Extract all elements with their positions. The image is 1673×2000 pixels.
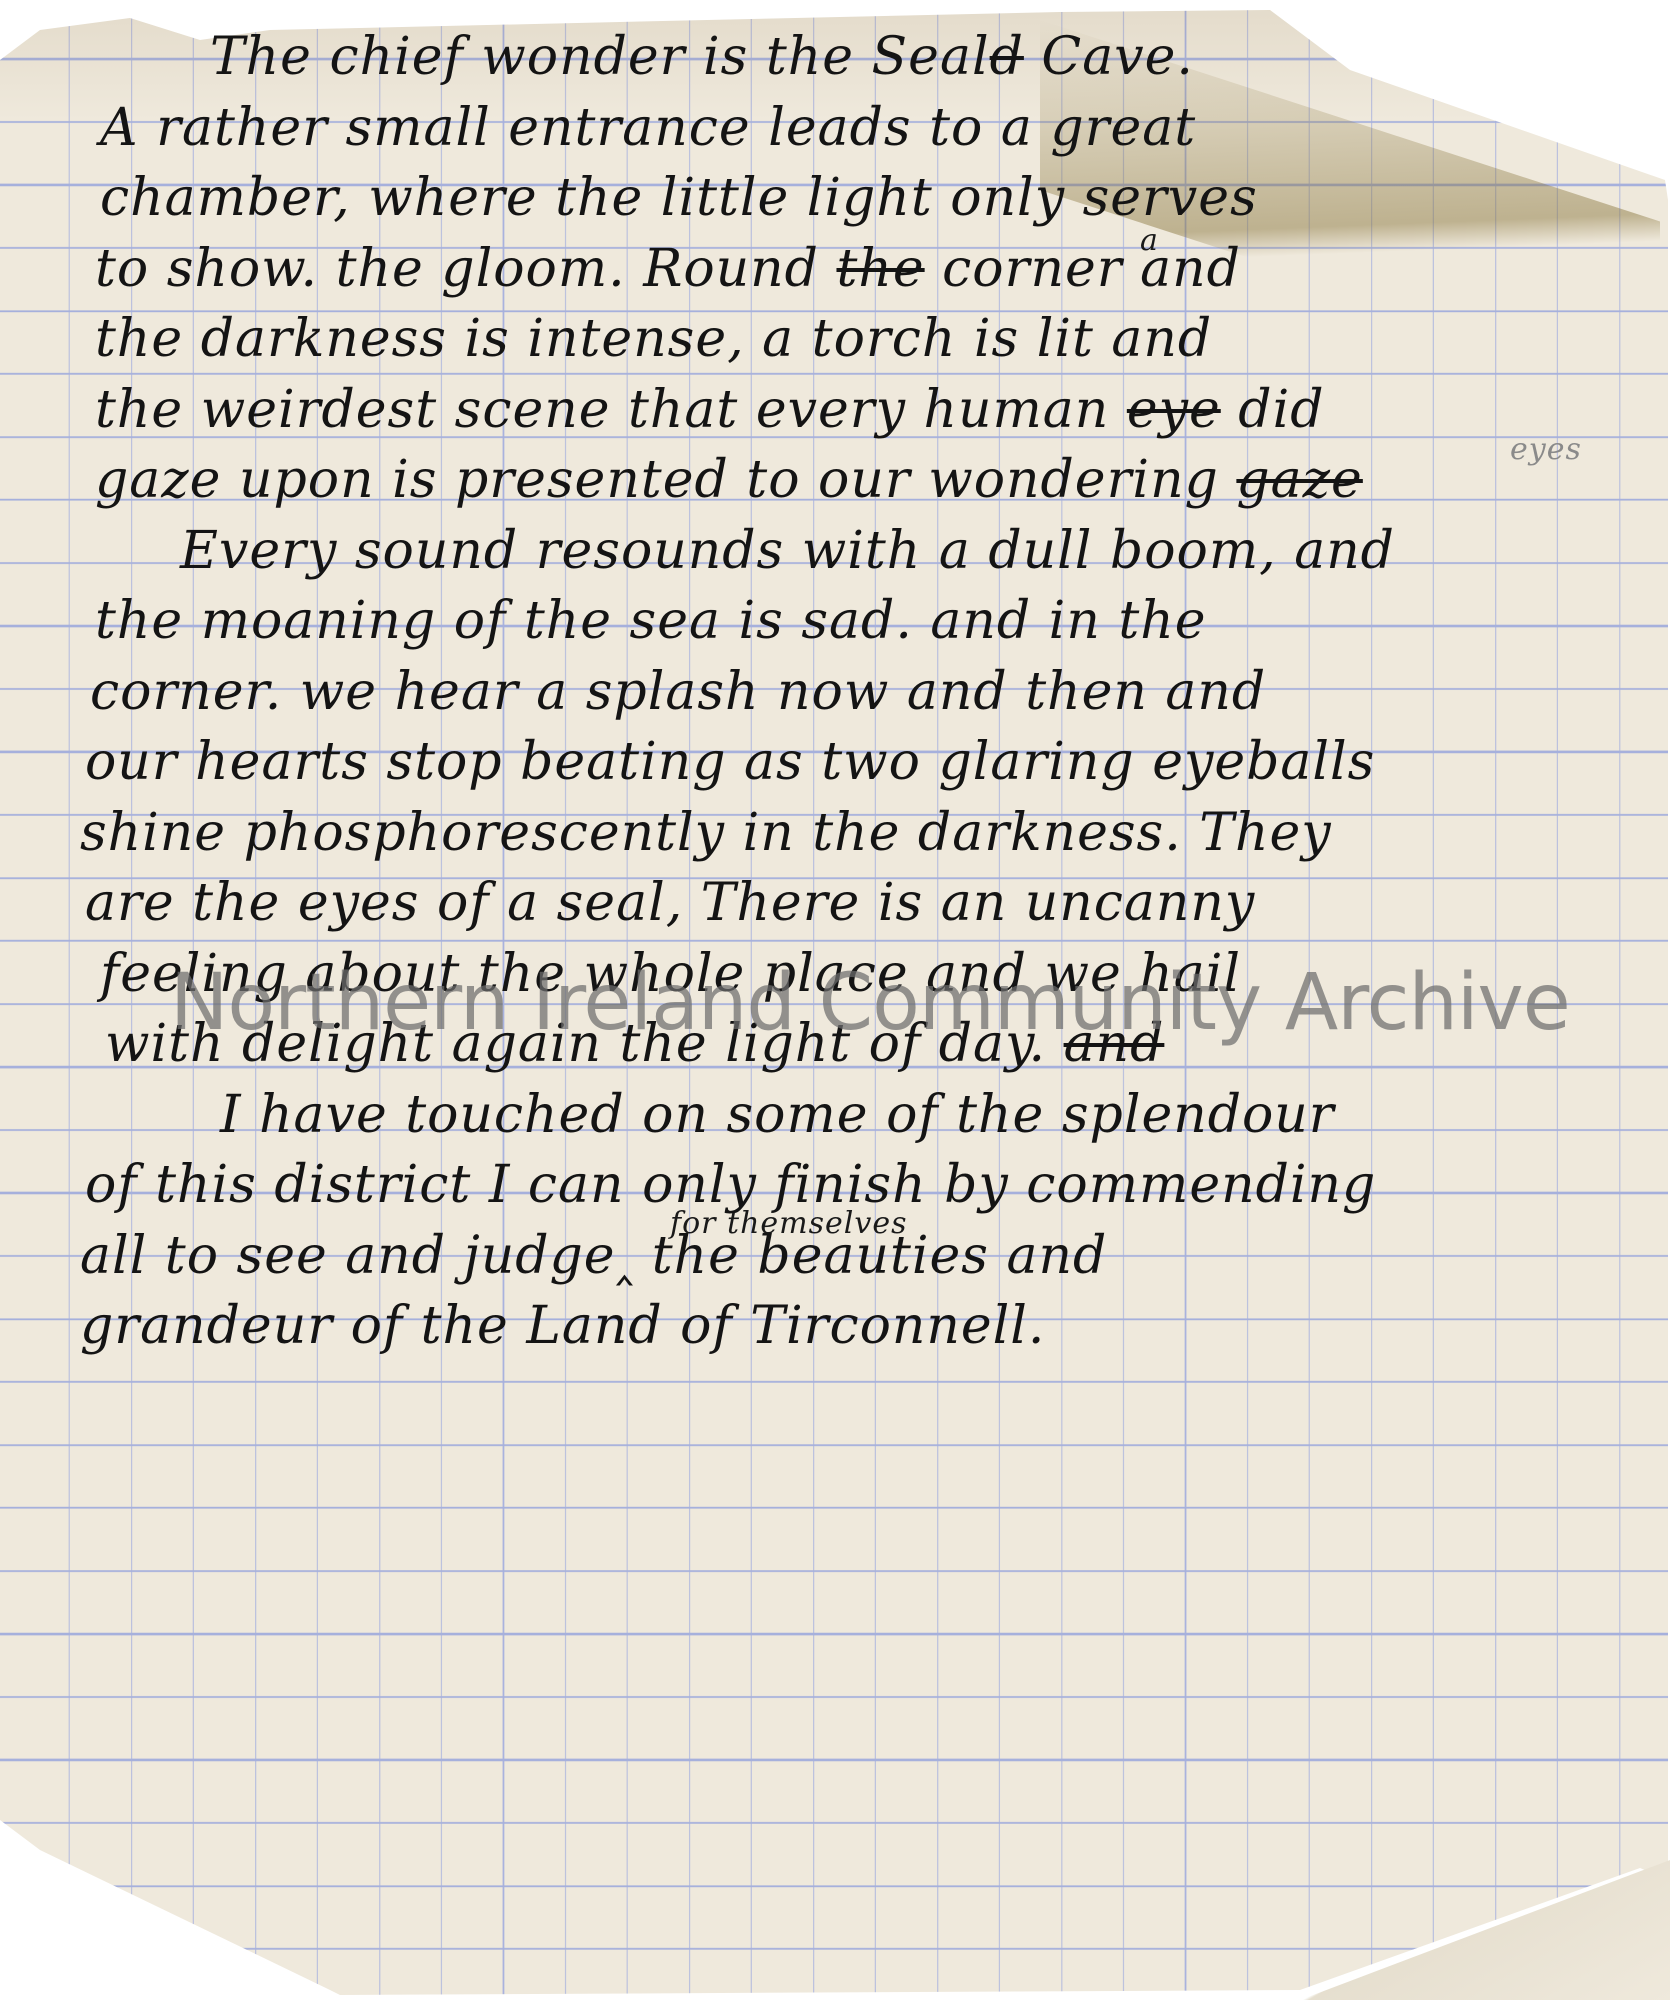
line-text: corner and bbox=[925, 239, 1241, 299]
line-text: chamber, where the little light only ser… bbox=[100, 168, 1258, 228]
text-line: with delight again the light of day. and bbox=[80, 1009, 1640, 1080]
inserted-word: a bbox=[1140, 226, 1159, 256]
struck-letter: d bbox=[990, 27, 1024, 87]
text-line: grandeur of the Land of Tirconnell. bbox=[80, 1291, 1640, 1362]
text-line: shine phosphorescently in the darkness. … bbox=[80, 798, 1640, 869]
text-line: chamber, where the little light only ser… bbox=[80, 163, 1640, 234]
text-line: gaze upon is presented to our wondering … bbox=[80, 445, 1640, 516]
text-line: feeling about the whole place and we hai… bbox=[80, 939, 1640, 1010]
text-line: to show. the gloom. Round the corner and… bbox=[80, 234, 1640, 305]
inserted-word: eyes bbox=[1510, 435, 1582, 465]
line-text: the darkness is intense, a torch is lit … bbox=[95, 309, 1212, 369]
inserted-word: for themselves bbox=[670, 1209, 907, 1239]
text-line: the weirdest scene that every human eye … bbox=[80, 375, 1640, 446]
line-text: feeling about the whole place and we hai… bbox=[100, 944, 1241, 1004]
text-line: I have touched on some of the splendour bbox=[80, 1080, 1640, 1151]
line-text: to show. the gloom. Round bbox=[95, 239, 836, 299]
line-text: the moaning of the sea is sad. and in th… bbox=[95, 591, 1207, 651]
line-text: shine phosphorescently in the darkness. … bbox=[80, 803, 1332, 863]
line-text: did bbox=[1221, 380, 1325, 440]
text-line: The chief wonder is the Seald Cave. bbox=[80, 22, 1640, 93]
text-line: all to see and judge‸ the beauties and f… bbox=[80, 1221, 1640, 1292]
line-text: our hearts stop beating as two glaring e… bbox=[85, 732, 1375, 792]
caret-mark: ‸ bbox=[616, 1226, 635, 1286]
line-text: the weirdest scene that every human bbox=[95, 380, 1127, 440]
struck-word: the bbox=[836, 239, 924, 299]
line-text: The chief wonder is the Seald Cave. bbox=[210, 27, 1194, 87]
line-text: grandeur of the Land of Tirconnell. bbox=[80, 1296, 1045, 1356]
text-line: are the eyes of a seal, There is an unca… bbox=[80, 868, 1640, 939]
text-line: the darkness is intense, a torch is lit … bbox=[80, 304, 1640, 375]
handwritten-text: The chief wonder is the Seald Cave. A ra… bbox=[80, 22, 1640, 1362]
line-text: I have touched on some of the splendour bbox=[220, 1085, 1335, 1145]
text-line: the moaning of the sea is sad. and in th… bbox=[80, 586, 1640, 657]
line-text: Every sound resounds with a dull boom, a… bbox=[180, 521, 1395, 581]
line-text: all to see and judge bbox=[80, 1226, 616, 1286]
line-text: gaze upon is presented to our wondering bbox=[95, 450, 1236, 510]
text-line: A rather small entrance leads to a great bbox=[80, 93, 1640, 164]
text-line: Every sound resounds with a dull boom, a… bbox=[80, 516, 1640, 587]
struck-word: eye bbox=[1127, 380, 1221, 440]
line-text: are the eyes of a seal, There is an unca… bbox=[85, 873, 1255, 933]
struck-word: gaze bbox=[1236, 450, 1362, 510]
line-text: A rather small entrance leads to a great bbox=[100, 98, 1196, 158]
line-text: corner. we hear a splash now and then an… bbox=[90, 662, 1266, 722]
struck-word: and bbox=[1064, 1014, 1165, 1074]
text-line: our hearts stop beating as two glaring e… bbox=[80, 727, 1640, 798]
line-text: with delight again the light of day. bbox=[105, 1014, 1064, 1074]
text-line: corner. we hear a splash now and then an… bbox=[80, 657, 1640, 728]
